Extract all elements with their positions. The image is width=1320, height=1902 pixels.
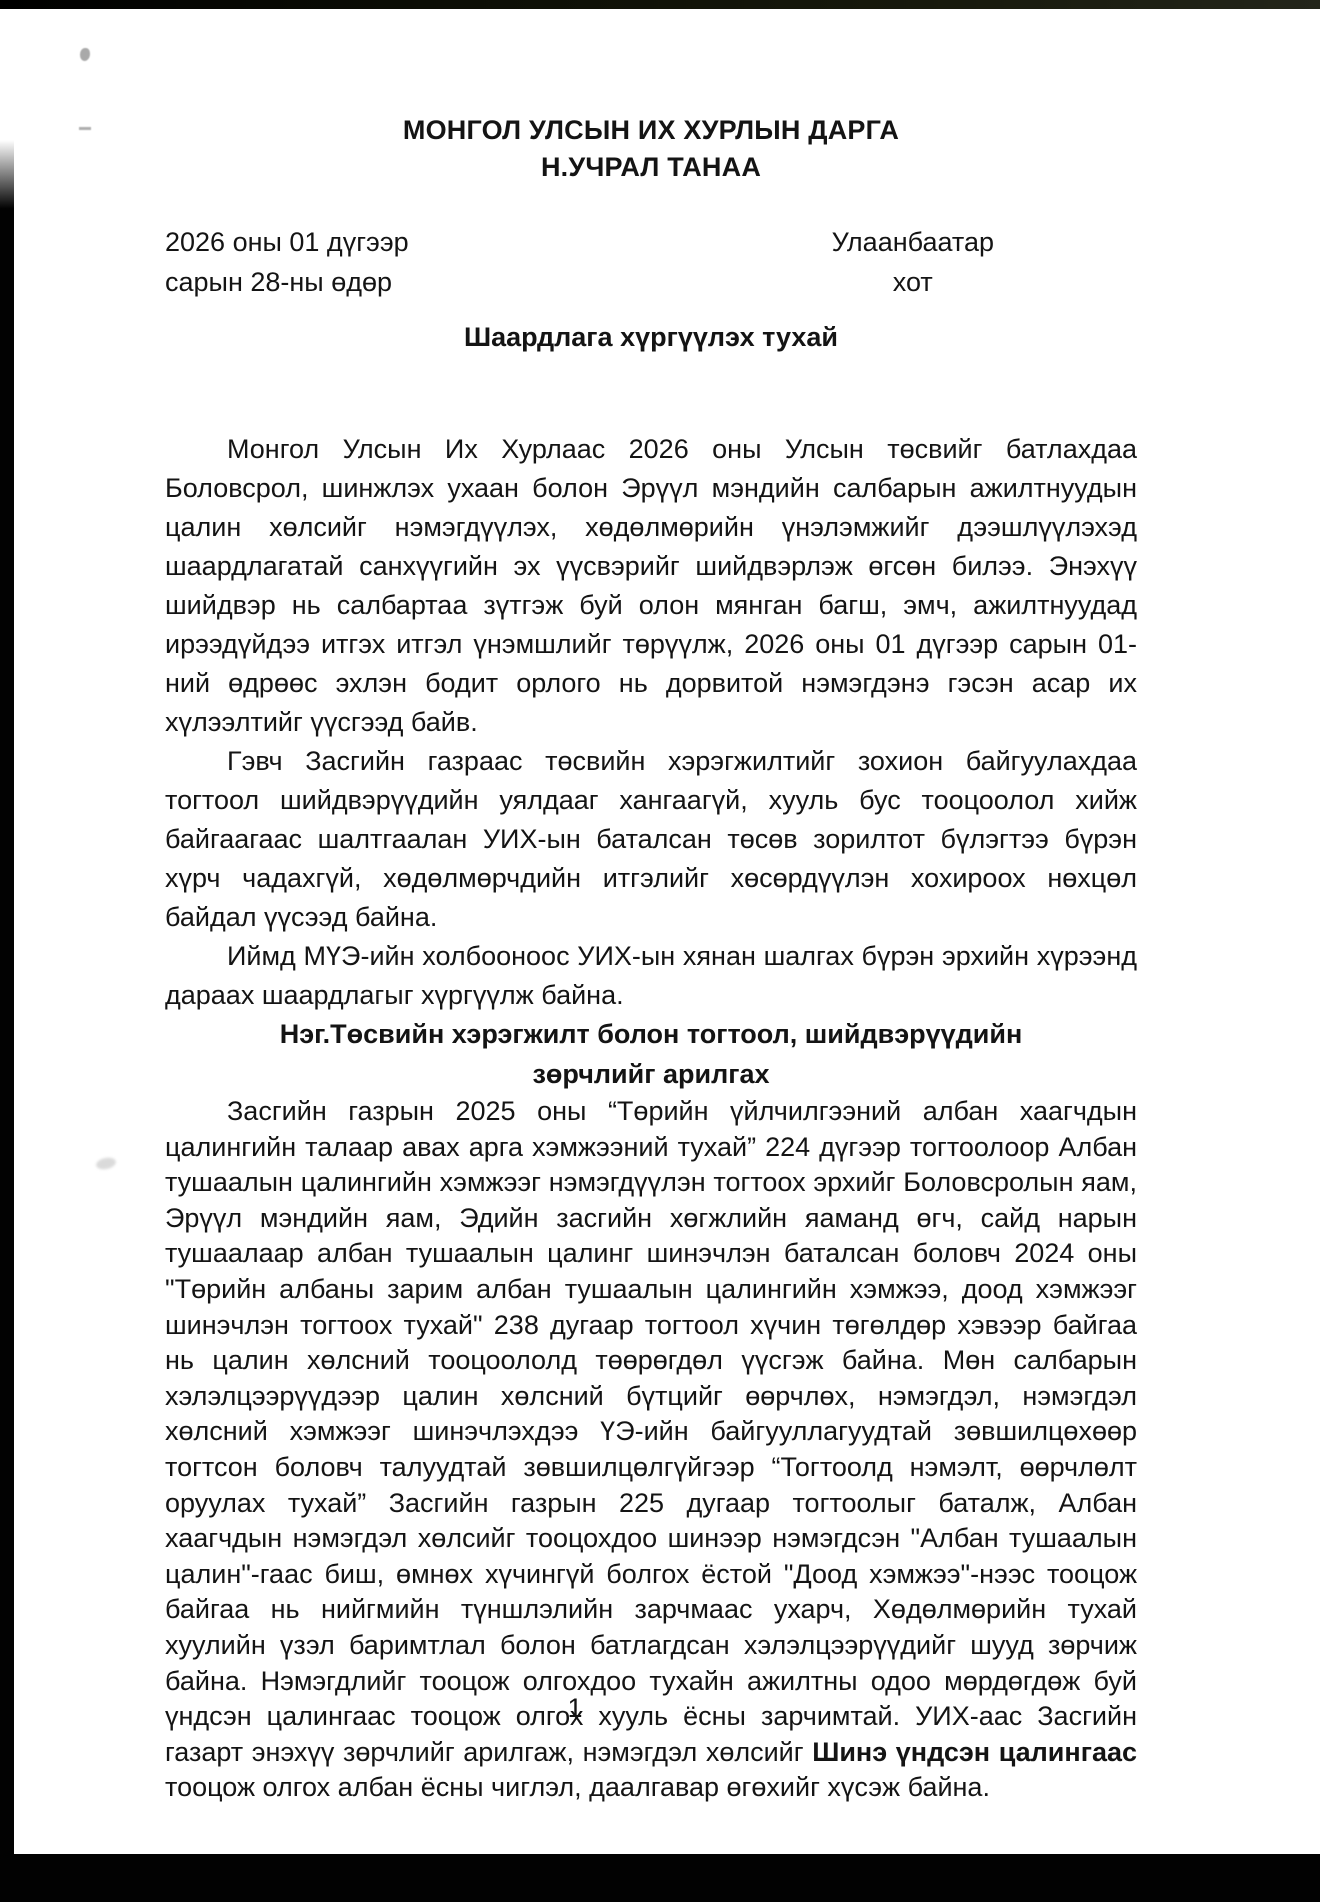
recipient-header: МОНГОЛ УЛСЫН ИХ ХУРЛЫН ДАРГА Н.УЧРАЛ ТАН… [165,112,1137,186]
letter-date-line2: сарын 28-ны өдөр [165,262,409,302]
recipient-name-line: Н.УЧРАЛ ТАНАА [165,149,1137,186]
paragraph-3: Иймд МҮЭ-ийн холбооноос УИХ-ын хянан шал… [165,937,1137,1015]
page-number: 1 [430,1692,720,1724]
section-1-body-text: Засгийн газрын 2025 оны “Төрийн үйлчилгэ… [165,1096,1137,1767]
paragraph-1: Монгол Улсын Их Хурлаас 2026 оны Улсын т… [165,430,1137,742]
scan-artifact-blot [95,1156,117,1171]
scan-border-bottom [0,1854,1320,1902]
letter-date-line1: 2026 оны 01 дүгээр [165,222,409,262]
section-1-body-text-end: тооцож олгох албан ёсны чиглэл, даалгава… [165,1772,990,1802]
letter-content: МОНГОЛ УЛСЫН ИХ ХУРЛЫН ДАРГА Н.УЧРАЛ ТАН… [165,9,1137,1806]
section-1-heading-line2: зөрчлийг арилгах [165,1055,1137,1095]
dateline: 2026 оны 01 дүгээр сарын 28-ны өдөр Улаа… [165,222,1137,302]
letter-city-line1: Улаанбаатар [832,222,994,262]
scan-border-left [0,140,14,1854]
scanned-letter-page: { "document": { "header": { "line1": "МО… [0,0,1320,1902]
section-1-body-bold-phrase: Шинэ үндсэн цалингаас [812,1737,1137,1767]
scan-artifact-dash [79,127,91,130]
letter-city: Улаанбаатар хот [832,222,994,302]
letter-city-line2: хот [832,262,994,302]
letter-subject: Шаардлага хүргүүлэх тухай [165,320,1137,354]
paragraph-2: Гэвч Засгийн газраас төсвийн хэрэгжилтий… [165,742,1137,937]
section-1-heading: Нэг.Төсвийн хэрэгжилт болон тогтоол, ший… [165,1015,1137,1094]
section-1-heading-line1: Нэг.Төсвийн хэрэгжилт болон тогтоол, ший… [165,1015,1137,1055]
scan-border-top [0,0,1320,9]
letter-date: 2026 оны 01 дүгээр сарын 28-ны өдөр [165,222,409,302]
scan-artifact-smudge [80,48,90,61]
recipient-title-line: МОНГОЛ УЛСЫН ИХ ХУРЛЫН ДАРГА [165,112,1137,149]
